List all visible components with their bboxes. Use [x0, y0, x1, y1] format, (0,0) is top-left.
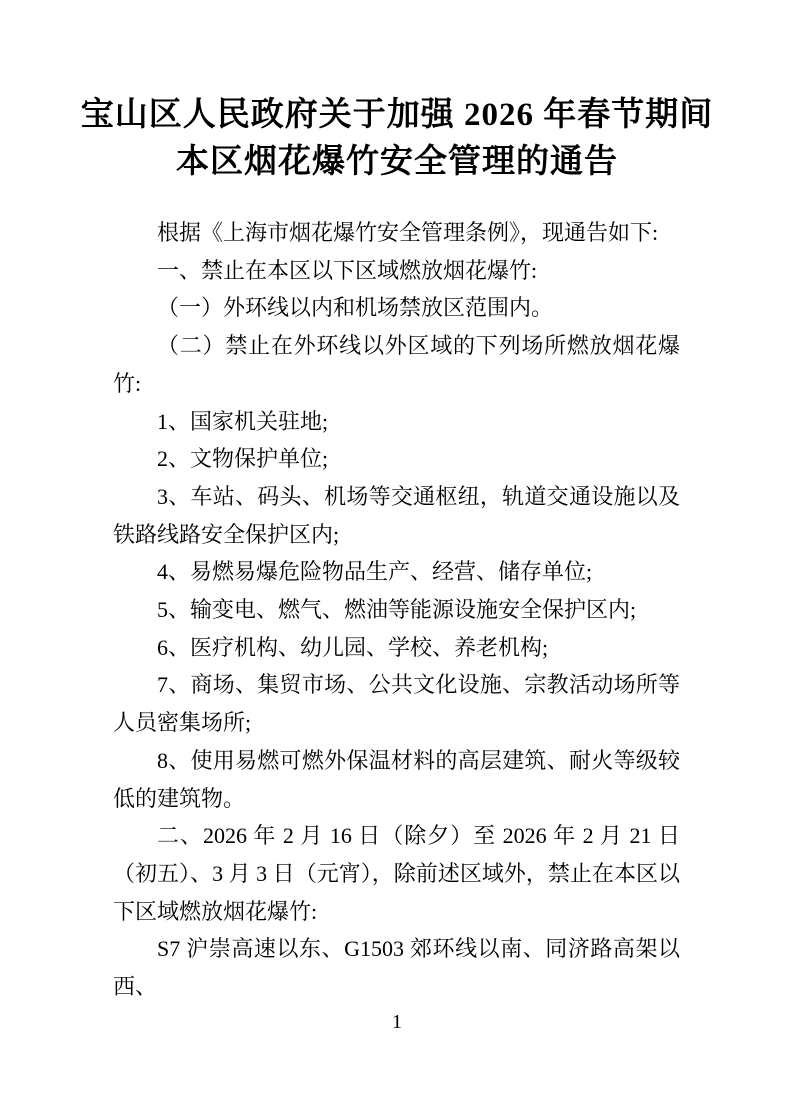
paragraph-list-item-2: 2、文物保护单位;	[113, 440, 680, 478]
paragraph-section-1: 一、禁止在本区以下区域燃放烟花爆竹:	[113, 252, 680, 290]
page-number: 1	[0, 1011, 794, 1033]
document-title-line-1: 宝山区人民政府关于加强 2026 年春节期间	[81, 97, 714, 133]
paragraph-list-item-1: 1、国家机关驻地;	[113, 403, 680, 441]
document-title: 宝山区人民政府关于加强 2026 年春节期间 本区烟花爆竹安全管理的通告	[0, 0, 794, 186]
document-page: 宝山区人民政府关于加强 2026 年春节期间 本区烟花爆竹安全管理的通告 根据《…	[0, 0, 794, 1093]
paragraph-section-2: 二、2026 年 2 月 16 日（除夕）至 2026 年 2 月 21 日（初…	[113, 817, 680, 930]
paragraph-list-item-7: 7、商场、集贸市场、公共文化设施、宗教活动场所等人员密集场所;	[113, 666, 680, 741]
document-body: 根据《上海市烟花爆竹安全管理条例》，现通告如下: 一、禁止在本区以下区域燃放烟花…	[113, 214, 680, 1006]
paragraph-section-1-item-1: （一）外环线以内和机场禁放区范围内。	[113, 289, 680, 327]
paragraph-list-item-5: 5、输变电、燃气、燃油等能源设施安全保护区内;	[113, 591, 680, 629]
paragraph-list-item-6: 6、医疗机构、幼儿园、学校、养老机构;	[113, 629, 680, 667]
paragraph-intro: 根据《上海市烟花爆竹安全管理条例》，现通告如下:	[113, 214, 680, 252]
paragraph-list-item-3: 3、车站、码头、机场等交通枢纽，轨道交通设施以及铁路线路安全保护区内;	[113, 478, 680, 553]
paragraph-road-boundaries: S7 沪崇高速以东、G1503 郊环线以南、同济路高架以西、	[113, 930, 680, 1005]
paragraph-section-1-item-2: （二）禁止在外环线以外区域的下列场所燃放烟花爆竹:	[113, 327, 680, 402]
paragraph-list-item-4: 4、易燃易爆危险物品生产、经营、储存单位;	[113, 553, 680, 591]
paragraph-list-item-8: 8、使用易燃可燃外保温材料的高层建筑、耐火等级较低的建筑物。	[113, 742, 680, 817]
document-title-line-2: 本区烟花爆竹安全管理的通告	[176, 144, 618, 180]
